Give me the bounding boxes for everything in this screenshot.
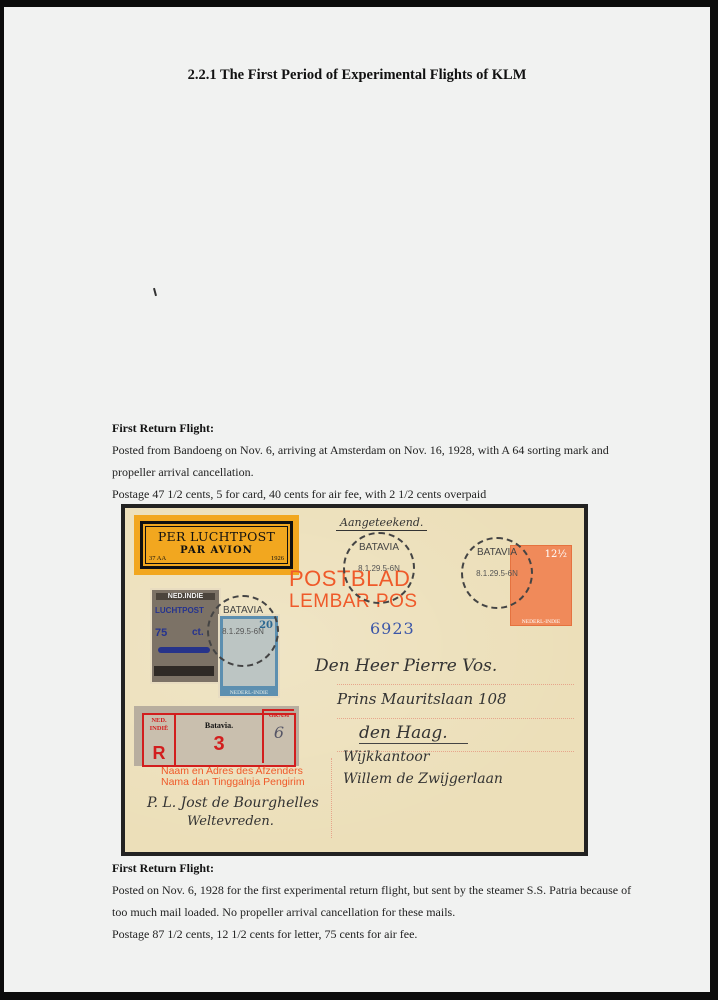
description-line: too much mail loaded. No propeller arriv… — [112, 901, 632, 923]
registration-letter: R — [144, 743, 174, 764]
postmark-batavia: BATAVIA 8.1.29.5-6N — [343, 532, 415, 604]
airmail-label-line2: PAR AVION — [146, 545, 287, 556]
description-first: First Return Flight: Posted from Bandoen… — [112, 417, 632, 505]
registration-number: 3 — [176, 733, 262, 756]
airmail-label-line1: PER LUCHTPOST — [146, 529, 287, 544]
registration-country: NED. INDIË — [144, 717, 174, 733]
description-second: First Return Flight: Posted on Nov. 6, 1… — [112, 857, 632, 945]
sender-city: Weltevreden. — [187, 814, 274, 829]
weight-label: GRAM — [264, 712, 294, 719]
address-line: Den Heer Pierre Vos. — [315, 656, 497, 676]
address-line: Prins Mauritslaan 108 — [337, 690, 507, 708]
address-line: Willem de Zwijgerlaan — [343, 771, 503, 787]
section-heading: First Return Flight: — [112, 417, 632, 439]
registered-endorsement: Aangeteekend. — [336, 516, 427, 531]
sender-label: Naam en Adres des Afzenders Nama dan Tin… — [161, 766, 305, 788]
airplane-icon — [158, 647, 210, 653]
postmark-batavia: BATAVIA 8.1.29.5-6N — [207, 595, 279, 667]
postmark-batavia: BATAVIA 8.1.29.5-6N — [461, 537, 533, 609]
description-line: Posted on Nov. 6, 1928 for the first exp… — [112, 879, 632, 901]
airmail-label-year: 1926 — [271, 555, 284, 562]
paper-speck — [153, 288, 157, 296]
airmail-label: PER LUCHTPOST PAR AVION 37 AA 1926 — [134, 515, 299, 575]
weight-value: 6 — [264, 723, 294, 742]
description-line: Postage 87 1/2 cents, 12 1/2 cents for l… — [112, 923, 632, 945]
airmail-label-code: 37 AA — [149, 555, 166, 562]
obliteration-bar — [154, 666, 214, 676]
sender-name: P. L. Jost de Bourghelles — [147, 795, 319, 811]
description-line: Posted from Bandoeng on Nov. 6, arriving… — [112, 439, 632, 461]
album-page: 2.2.1 The First Period of Experimental F… — [4, 7, 710, 992]
description-line: Postage 47 1/2 cents, 5 for card, 40 cen… — [112, 483, 632, 505]
registration-city: Batavia. — [176, 721, 262, 730]
section-heading: First Return Flight: — [112, 857, 632, 879]
registration-label: NED. INDIË R Batavia. 3 GRAM 6 — [142, 713, 296, 767]
registration-number-stamp: 6923 — [370, 619, 415, 638]
address-line-guide — [337, 684, 574, 685]
address-line-guide — [337, 718, 574, 719]
address-line: Wijkkantoor — [343, 749, 429, 765]
cover-frame: PER LUCHTPOST PAR AVION 37 AA 1926 Aange… — [121, 504, 588, 856]
page-title: 2.2.1 The First Period of Experimental F… — [4, 67, 710, 84]
address-line: den Haag. — [359, 723, 468, 744]
divider — [331, 758, 332, 838]
description-line: propeller arrival cancellation. — [112, 461, 632, 483]
postal-cover: PER LUCHTPOST PAR AVION 37 AA 1926 Aange… — [125, 508, 584, 852]
